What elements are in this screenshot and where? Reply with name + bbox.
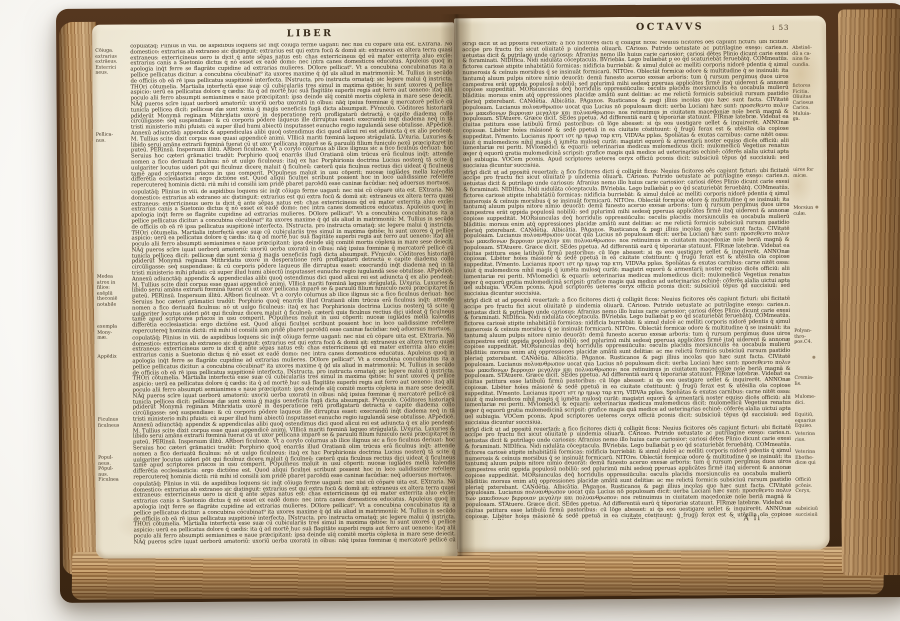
margin-note: Polyan- thro- pos.C4. bbox=[794, 329, 827, 346]
margin-note: Abstinē- dū a ca- nina fa- cundia. bbox=[792, 46, 825, 68]
margin-note: Pellica- nus. bbox=[96, 132, 130, 143]
margin-note: Veterina Ebothe- dicæ qui bbox=[795, 450, 828, 467]
photograph-of-open-book: LIBER Cōiuga. extrarius extrāeus. Exterr… bbox=[0, 0, 900, 621]
left-page: LIBER Cōiuga. extrarius extrāeus. Exterr… bbox=[92, 22, 458, 559]
body-text-flow: copulatāq́; Plinius in viii. de aspidibu… bbox=[132, 334, 455, 481]
margin-note: Popul- neus. Pōpul- nus. Ficulnea bbox=[98, 455, 132, 483]
folio-number: i 53 bbox=[772, 24, 789, 32]
right-page: OCTAVVS i 53 Abstinē- dū a ca- nina fa- … bbox=[454, 16, 830, 553]
ink-speck bbox=[812, 356, 815, 359]
body-text-flow: copulatāq́; Plinius in viii. de aspidibu… bbox=[131, 188, 454, 335]
running-header-left: LIBER bbox=[92, 27, 454, 41]
margin-note: fictores Ficitia. Oliuitas Cariosus Cari… bbox=[792, 84, 825, 123]
ink-speck bbox=[815, 206, 818, 209]
running-header-right: OCTAVVS bbox=[454, 21, 826, 35]
margin-note: Cōiuga. extrarius extrāeus. Exterrici ne… bbox=[95, 48, 129, 76]
margin-note: exempla Mony- mæ. bbox=[97, 324, 131, 341]
margin-note: Morsiun culæ. bbox=[793, 206, 826, 217]
margin-note: Appēdix bbox=[97, 354, 131, 360]
gutter-shadow bbox=[440, 14, 476, 556]
margin-note: Equitiū, equarius Equiso. bbox=[795, 413, 828, 430]
margin-note: Ficulnus ficulneus bbox=[98, 417, 132, 428]
margin-note: uires for micæ. bbox=[793, 168, 826, 179]
margin-note: Medea atrox in filios: exēplū theconiē n… bbox=[97, 274, 131, 307]
body-text-flow: strīgī dicīt́ ut ad ppositū reuertaḿ: a … bbox=[465, 425, 792, 520]
margin-note: Officiū pcōnis. Ceryx, bbox=[795, 478, 828, 495]
margin-note: Mulome- dici. bbox=[795, 395, 828, 406]
body-text-flow: copulatāq́; Plinius in viii. de aspidibu… bbox=[130, 42, 453, 189]
left-page-body-text: copulatāq́; Plinius in viii. de aspidibu… bbox=[130, 42, 455, 544]
body-text-flow: strīgī dicīt́ ut ad ppositū reuertaḿ: a … bbox=[463, 168, 790, 298]
fore-edge-right bbox=[838, 9, 900, 576]
signature-mark: A ii bbox=[697, 514, 807, 523]
body-text-flow: copulatāq́; Plinius in viii. de aspidibu… bbox=[133, 480, 455, 544]
book-block: LIBER Cōiuga. extrarius extrāeus. Exterr… bbox=[56, 3, 900, 603]
margin-note: Veterina rius. bbox=[795, 432, 828, 443]
margin-note: Cremia- lis. bbox=[795, 376, 828, 387]
right-page-body-text: strīgī dicīt́ ut ad ppositū reuertaḿ: a … bbox=[462, 40, 791, 520]
body-text-flow: strīgī dicīt́ ut ad ppositū reuertaḿ: a … bbox=[462, 40, 789, 170]
body-text-flow: strīgī dicīt́ ut ad ppositū reuertaḿ: a … bbox=[464, 297, 791, 427]
